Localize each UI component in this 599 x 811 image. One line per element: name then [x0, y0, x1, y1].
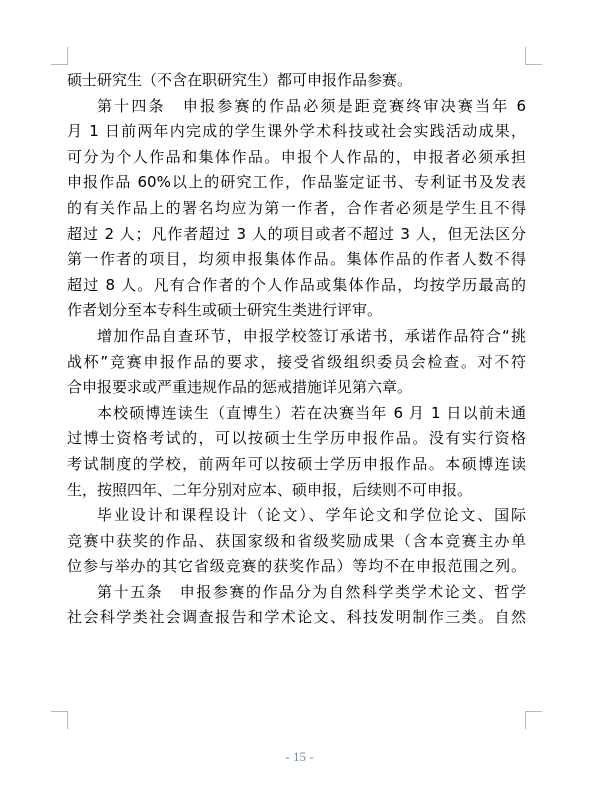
text-line: 第十四条 申报参赛的作品必须是距竞赛终审决赛当年 6 [67, 94, 526, 120]
text-line: 超过 2 人；凡作者超过 3 人的项目或者不超过 3 人，但无法区分 [67, 222, 526, 248]
text-line: 毕业设计和课程设计（论文）、学年论文和学位论文、国际 [67, 503, 526, 529]
text-line: 第一作者的项目，均须申报集体作品。集体作品的作者人数不得 [67, 247, 526, 273]
margin-corner-mark-bottom-right [525, 711, 542, 729]
text-line: 竞赛中获奖的作品、获国家级和省级奖励成果（含本竞赛主办单 [67, 529, 526, 555]
text-line: 考试制度的学校，前两年可以按硕士学历申报作品。本硕博连读 [67, 452, 526, 478]
text-line: 本校硕博连读生（直博生）若在决赛当年 6 月 1 日以前未通 [67, 401, 526, 427]
text-line: 战杯”竞赛申报作品的要求，接受省级组织委员会检查。对不符 [67, 350, 526, 376]
document-page: 硕士研究生（不含在职研究生）都可申报作品参赛。第十四条 申报参赛的作品必须是距竞… [0, 0, 599, 811]
text-line: 第十五条 申报参赛的作品分为自然科学类学术论文、哲学 [67, 580, 526, 606]
text-line: 生，按照四年、二年分别对应本、硕申报，后续则不可申报。 [67, 478, 526, 504]
text-line: 超过 8 人。凡有合作者的个人作品或集体作品，均按学历最高的 [67, 273, 526, 299]
margin-corner-mark-top-right [525, 47, 542, 65]
text-line: 过博士资格考试的，可以按硕士生学历申报作品。没有实行资格 [67, 426, 526, 452]
text-line: 硕士研究生（不含在职研究生）都可申报作品参赛。 [67, 68, 526, 94]
text-line: 位参与举办的其它省级竞赛的获奖作品）等均不在申报范围之列。 [67, 554, 526, 580]
page-number: - 15 - [0, 749, 599, 765]
text-line: 可分为个人作品和集体作品。申报个人作品的，申报者必须承担 [67, 145, 526, 171]
text-line: 社会科学类社会调查报告和学术论文、科技发明制作三类。自然 [67, 605, 526, 631]
margin-corner-mark-top-left [51, 47, 68, 65]
text-line: 作者划分至本专科生或硕士研究生类进行评审。 [67, 298, 526, 324]
document-body-text[interactable]: 硕士研究生（不含在职研究生）都可申报作品参赛。第十四条 申报参赛的作品必须是距竞… [67, 68, 526, 631]
margin-corner-mark-bottom-left [51, 711, 68, 729]
text-line: 合申报要求或严重违规作品的惩戒措施详见第六章。 [67, 375, 526, 401]
text-line: 的有关作品上的署名均应为第一作者，合作者必须是学生且不得 [67, 196, 526, 222]
text-line: 增加作品自查环节，申报学校签订承诺书，承诺作品符合“挑 [67, 324, 526, 350]
text-line: 月 1 日前两年内完成的学生课外学术科技或社会实践活动成果， [67, 119, 526, 145]
text-line: 申报作品 60%以上的研究工作，作品鉴定证书、专利证书及发表 [67, 170, 526, 196]
